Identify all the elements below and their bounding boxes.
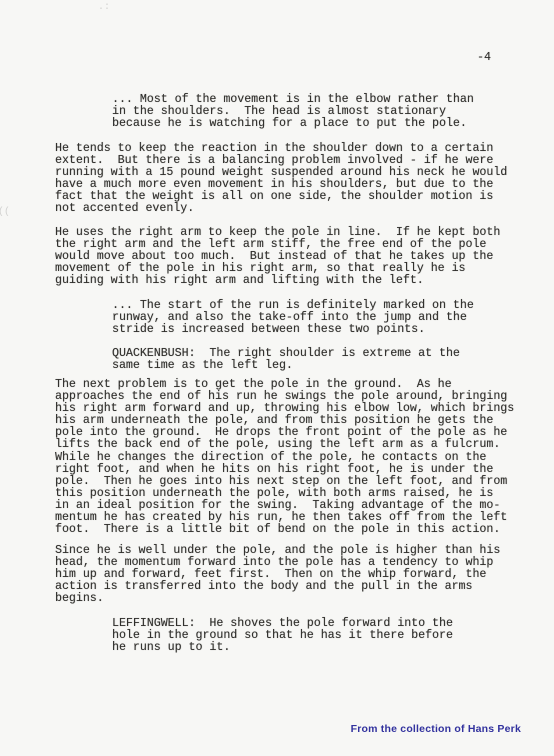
- paragraph-shoulder-reaction: He tends to keep the reaction in the sho…: [55, 143, 507, 216]
- quote-paragraph-movement-elbow: ... Most of the movement is in the elbow…: [112, 94, 474, 130]
- collection-credit: From the collection of Hans Perk: [351, 723, 521, 735]
- quote-paragraph-start-of-run: ... The start of the run is definitely m…: [112, 300, 474, 336]
- paragraph-right-arm-pole-line: He uses the right arm to keep the pole i…: [55, 227, 500, 287]
- scan-artifact: ((: [0, 207, 10, 218]
- document-page: .: (( -4 ... Most of the movement is in …: [0, 0, 554, 756]
- quote-paragraph-quackenbush: QUACKENBUSH: The right shoulder is extre…: [112, 348, 460, 372]
- scan-artifact: .:: [98, 2, 110, 13]
- paragraph-momentum-whip: Since he is well under the pole, and the…: [55, 545, 500, 605]
- quote-paragraph-leffingwell: LEFFINGWELL: He shoves the pole forward …: [112, 618, 453, 654]
- paragraph-pole-in-ground: The next problem is to get the pole in t…: [55, 379, 514, 536]
- page-number: -4: [477, 52, 491, 64]
